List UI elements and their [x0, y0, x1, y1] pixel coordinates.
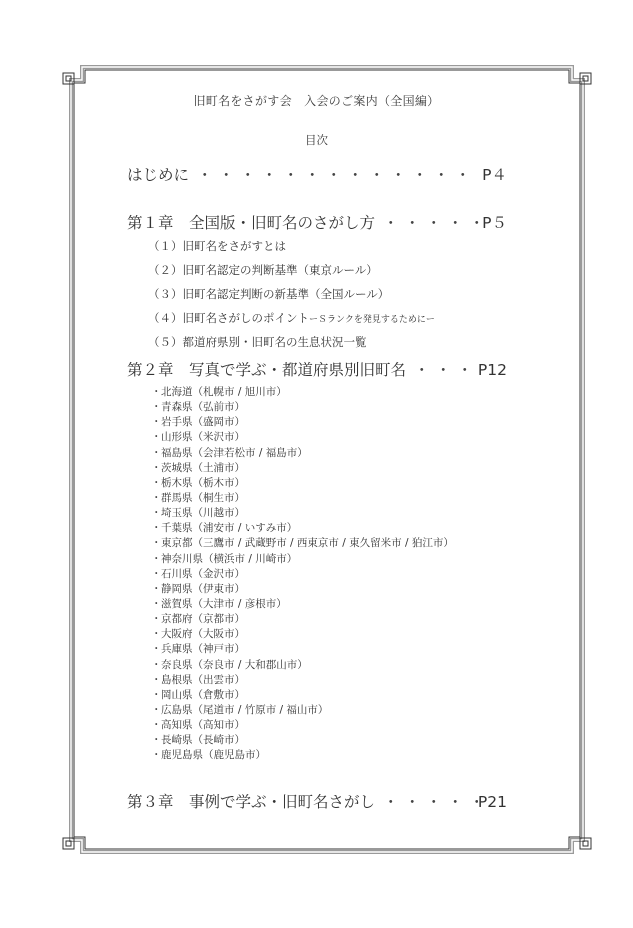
toc-entry-label: 第１章 全国版・旧町名のさがし方	[127, 211, 375, 233]
prefecture-label: 栃木県（栃木市）	[161, 477, 245, 489]
bullet-icon: ・	[151, 552, 161, 567]
bullet-icon: ・	[151, 521, 161, 536]
bullet-icon: ・	[151, 673, 161, 688]
prefecture-list-item[interactable]: ・島根県（出雲市）	[151, 673, 454, 688]
bullet-icon: ・	[151, 718, 161, 733]
toc-subitem[interactable]: （２）旧町名認定の判断基準（東京ルール）	[148, 262, 378, 278]
dot-leader: ・・・・・・・	[375, 790, 478, 812]
dot-leader: ・・・・・・・	[375, 211, 482, 233]
bullet-icon: ・	[151, 642, 161, 657]
prefecture-label: 千葉県（浦安市 / いすみ市）	[161, 522, 297, 534]
bullet-icon: ・	[151, 688, 161, 703]
toc-entry-label: 第２章 写真で学ぶ・都道府県別旧町名	[127, 358, 406, 380]
prefecture-label: 東京都（三鷹市 / 武蔵野市 / 西東京市 / 東久留米市 / 狛江市）	[161, 537, 454, 549]
toc-entry-label: 第３章 事例で学ぶ・旧町名さがし	[127, 790, 375, 812]
toc-entry-chapter-1[interactable]: 第１章 全国版・旧町名のさがし方 ・・・・・・・ P５	[127, 211, 507, 233]
subitem-label: （２）旧町名認定の判断基準（東京ルール）	[148, 263, 378, 277]
toc-entry-intro[interactable]: はじめに ・・・・・・・・・・・・・・・・・・・ P４	[127, 163, 507, 185]
page-number: P４	[482, 163, 507, 185]
dot-leader: ・・・・	[406, 358, 478, 380]
bullet-icon: ・	[151, 703, 161, 718]
prefecture-list-item[interactable]: ・千葉県（浦安市 / いすみ市）	[151, 521, 454, 536]
bullet-icon: ・	[151, 491, 161, 506]
prefecture-list-item[interactable]: ・広島県（尾道市 / 竹原市 / 福山市）	[151, 703, 454, 718]
prefecture-label: 茨城県（土浦市）	[161, 462, 245, 474]
page-number: P12	[478, 361, 507, 379]
prefecture-list-item[interactable]: ・栃木県（栃木市）	[151, 476, 454, 491]
prefecture-list-item[interactable]: ・大阪府（大阪市）	[151, 627, 454, 642]
prefecture-list-item[interactable]: ・福島県（会津若松市 / 福島市）	[151, 446, 454, 461]
prefecture-label: 石川県（金沢市）	[161, 568, 245, 580]
bullet-icon: ・	[151, 748, 161, 763]
prefecture-label: 北海道（札幌市 / 旭川市）	[161, 386, 287, 398]
prefecture-label: 神奈川県（横浜市 / 川崎市）	[161, 553, 297, 565]
subitem-label: （５）都道府県別・旧町名の生息状況一覧	[148, 335, 367, 349]
prefecture-label: 岩手県（盛岡市）	[161, 416, 245, 428]
bullet-icon: ・	[151, 400, 161, 415]
prefecture-label: 兵庫県（神戸市）	[161, 643, 245, 655]
prefecture-list-item[interactable]: ・茨城県（土浦市）	[151, 461, 454, 476]
page-number: P21	[478, 793, 507, 811]
prefecture-list-item[interactable]: ・静岡県（伊東市）	[151, 582, 454, 597]
prefecture-label: 大阪府（大阪市）	[161, 628, 245, 640]
prefecture-list-item[interactable]: ・神奈川県（横浜市 / 川崎市）	[151, 552, 454, 567]
prefecture-label: 広島県（尾道市 / 竹原市 / 福山市）	[161, 704, 328, 716]
subitem-label: （３）旧町名認定判断の新基準（全国ルール）	[148, 287, 389, 301]
toc-heading: 目次	[0, 132, 633, 148]
bullet-icon: ・	[151, 567, 161, 582]
prefecture-label: 奈良県（奈良市 / 大和郡山市）	[161, 659, 308, 671]
toc-subitem[interactable]: （４）旧町名さがしのポイントーＳランクを発見するためにー	[148, 310, 435, 326]
prefecture-label: 島根県（出雲市）	[161, 674, 245, 686]
prefecture-list-item[interactable]: ・滋賀県（大津市 / 彦根市）	[151, 597, 454, 612]
bullet-icon: ・	[151, 506, 161, 521]
bullet-icon: ・	[151, 385, 161, 400]
bullet-icon: ・	[151, 658, 161, 673]
bullet-icon: ・	[151, 582, 161, 597]
prefecture-list-item[interactable]: ・岩手県（盛岡市）	[151, 415, 454, 430]
prefecture-list-item[interactable]: ・兵庫県（神戸市）	[151, 642, 454, 657]
bullet-icon: ・	[151, 733, 161, 748]
prefecture-list-item[interactable]: ・長崎県（長崎市）	[151, 733, 454, 748]
prefecture-list-item[interactable]: ・群馬県（桐生市）	[151, 491, 454, 506]
document-title: 旧町名をさがす会 入会のご案内（全国編）	[0, 92, 633, 109]
dot-leader: ・・・・・・・・・・・・・・・・・・・	[189, 163, 482, 185]
bullet-icon: ・	[151, 612, 161, 627]
bullet-icon: ・	[151, 461, 161, 476]
prefecture-list-item[interactable]: ・青森県（弘前市）	[151, 400, 454, 415]
prefecture-label: 鹿児島県（鹿児島市）	[161, 749, 266, 761]
toc-entry-chapter-3[interactable]: 第３章 事例で学ぶ・旧町名さがし ・・・・・・・ P21	[127, 790, 507, 812]
page-number: P５	[482, 211, 507, 233]
prefecture-list-item[interactable]: ・岡山県（倉敷市）	[151, 688, 454, 703]
toc-subitem[interactable]: （３）旧町名認定判断の新基準（全国ルール）	[148, 286, 389, 302]
prefecture-list-item[interactable]: ・埼玉県（川越市）	[151, 506, 454, 521]
prefecture-list-item[interactable]: ・奈良県（奈良市 / 大和郡山市）	[151, 658, 454, 673]
toc-entry-label: はじめに	[127, 163, 189, 185]
toc-subitem[interactable]: （１）旧町名をさがすとは	[148, 238, 286, 254]
prefecture-list-item[interactable]: ・山形県（米沢市）	[151, 430, 454, 445]
prefecture-label: 山形県（米沢市）	[161, 431, 245, 443]
prefecture-label: 滋賀県（大津市 / 彦根市）	[161, 598, 287, 610]
subitem-label: （１）旧町名をさがすとは	[148, 239, 286, 253]
subitem-note: ーＳランクを発見するためにー	[309, 315, 435, 325]
bullet-icon: ・	[151, 536, 161, 551]
prefecture-label: 静岡県（伊東市）	[161, 583, 245, 595]
prefecture-list-item[interactable]: ・石川県（金沢市）	[151, 567, 454, 582]
toc-subitem[interactable]: （５）都道府県別・旧町名の生息状況一覧	[148, 334, 367, 350]
prefecture-list-item[interactable]: ・東京都（三鷹市 / 武蔵野市 / 西東京市 / 東久留米市 / 狛江市）	[151, 536, 454, 551]
toc-entry-chapter-2[interactable]: 第２章 写真で学ぶ・都道府県別旧町名 ・・・・ P12	[127, 358, 507, 380]
prefecture-label: 高知県（高知市）	[161, 719, 245, 731]
prefecture-list-item[interactable]: ・鹿児島県（鹿児島市）	[151, 748, 454, 763]
prefecture-label: 京都府（京都市）	[161, 613, 245, 625]
bullet-icon: ・	[151, 415, 161, 430]
prefecture-label: 長崎県（長崎市）	[161, 734, 245, 746]
prefecture-list-item[interactable]: ・京都府（京都市）	[151, 612, 454, 627]
bullet-icon: ・	[151, 430, 161, 445]
subitem-label: （４）旧町名さがしのポイント	[148, 311, 309, 325]
prefecture-label: 埼玉県（川越市）	[161, 507, 245, 519]
bullet-icon: ・	[151, 627, 161, 642]
prefecture-list: ・北海道（札幌市 / 旭川市）・青森県（弘前市）・岩手県（盛岡市）・山形県（米沢…	[151, 385, 454, 764]
prefecture-list-item[interactable]: ・高知県（高知市）	[151, 718, 454, 733]
prefecture-label: 岡山県（倉敷市）	[161, 689, 245, 701]
prefecture-label: 群馬県（桐生市）	[161, 492, 245, 504]
bullet-icon: ・	[151, 476, 161, 491]
bullet-icon: ・	[151, 446, 161, 461]
bullet-icon: ・	[151, 597, 161, 612]
prefecture-label: 福島県（会津若松市 / 福島市）	[161, 447, 308, 459]
prefecture-list-item[interactable]: ・北海道（札幌市 / 旭川市）	[151, 385, 454, 400]
prefecture-label: 青森県（弘前市）	[161, 401, 245, 413]
